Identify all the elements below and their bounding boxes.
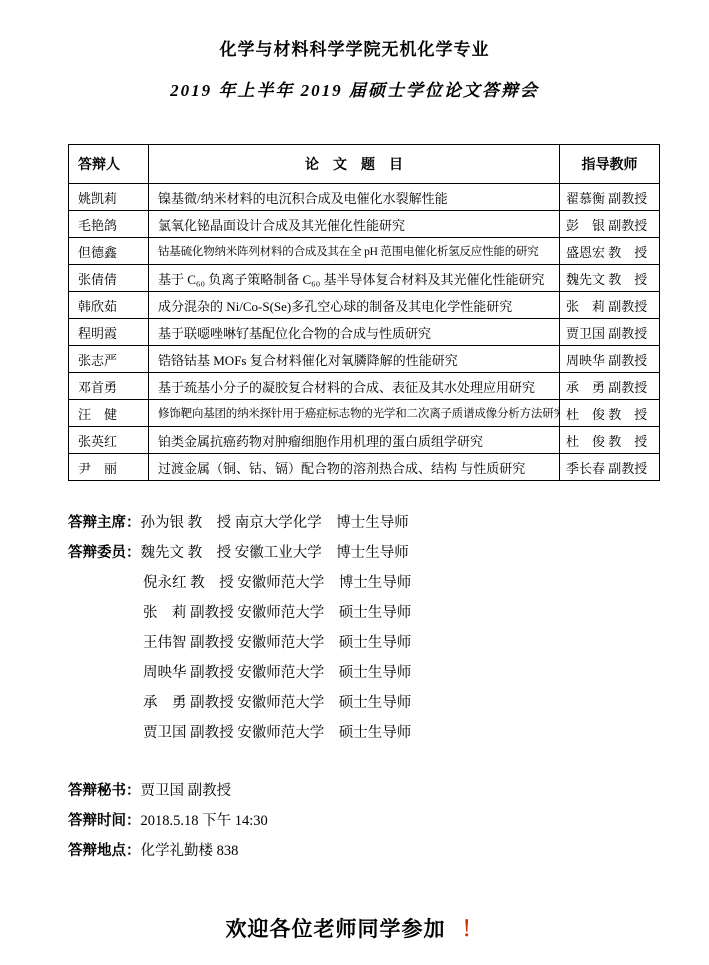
col-header-thesis-title: 论 文 题 目 (149, 145, 560, 184)
defender-name: 张英红 (69, 427, 149, 454)
committee-line: 倪永红 教 授 安徽师范大学 博士生导师 (68, 568, 709, 598)
defense-time-label: 答辩时间： (68, 813, 141, 829)
committee-label: 答辩委员： (68, 545, 141, 561)
table-header-row: 答辩人 论 文 题 目 指导教师 (69, 145, 660, 184)
advisor-name: 张 莉 副教授 (560, 292, 660, 319)
table-row: 邓首勇 基于巯基小分子的凝胶复合材料的合成、表征及其水处理应用研究 承 勇 副教… (69, 373, 660, 400)
defender-name: 张志严 (69, 346, 149, 373)
table-row: 程明霞 基于联噁唑啉钌基配位化合物的合成与性质研究 贾卫国 副教授 (69, 319, 660, 346)
table-row: 尹 丽 过渡金属（铜、钴、镉）配合物的溶剂热合成、结构 与性质研究 季长春 副教… (69, 454, 660, 481)
thesis-title: 过渡金属（铜、钴、镉）配合物的溶剂热合成、结构 与性质研究 (149, 454, 560, 481)
thesis-title: 基于联噁唑啉钌基配位化合物的合成与性质研究 (149, 319, 560, 346)
defense-chair-label: 答辩主席： (68, 515, 141, 531)
defense-location-line: 答辩地点：化学礼勤楼 838 (68, 836, 709, 866)
committee-line: 王伟智 副教授 安徽师范大学 硕士生导师 (68, 628, 709, 658)
committee-line: 周映华 副教授 安徽师范大学 硕士生导师 (68, 658, 709, 688)
defender-name: 但德鑫 (69, 238, 149, 265)
defender-name: 韩欣茹 (69, 292, 149, 319)
thesis-title: 成分混杂的 Ni/Co-S(Se)多孔空心球的制备及其电化学性能研究 (149, 292, 560, 319)
advisor-name: 季长春 副教授 (560, 454, 660, 481)
defender-name: 张倩倩 (69, 265, 149, 292)
committee-line: 承 勇 副教授 安徽师范大学 硕士生导师 (68, 688, 709, 718)
thesis-title: 基于巯基小分子的凝胶复合材料的合成、表征及其水处理应用研究 (149, 373, 560, 400)
logistics-section: 答辩秘书：贾卫国 副教授 答辩时间：2018.5.18 下午 14:30 答辩地… (68, 776, 709, 866)
committee-member: 张 莉 副教授 安徽师范大学 硕士生导师 (143, 605, 411, 621)
defense-chair-line: 答辩主席：孙为银 教 授 南京大学化学 博士生导师 (68, 508, 709, 538)
defense-location-value: 化学礼勤楼 838 (141, 843, 239, 859)
advisor-name: 彭 银 副教授 (560, 211, 660, 238)
table-row: 张倩倩 基于 C₆₀ 负离子策略制备 C₆₀ 基半导体复合材料及其光催化性能研究… (69, 265, 660, 292)
defense-time-value: 2018.5.18 下午 14:30 (141, 813, 268, 829)
defender-name: 姚凯莉 (69, 184, 149, 211)
table-row: 张英红 铂类金属抗癌药物对肿瘤细胞作用机理的蛋白质组学研究 杜 俊 教 授 (69, 427, 660, 454)
advisor-name: 杜 俊 教 授 (560, 400, 660, 427)
committee-member: 王伟智 副教授 安徽师范大学 硕士生导师 (143, 635, 411, 651)
committee-line: 张 莉 副教授 安徽师范大学 硕士生导师 (68, 598, 709, 628)
advisor-name: 周映华 副教授 (560, 346, 660, 373)
advisor-name: 承 勇 副教授 (560, 373, 660, 400)
thesis-title: 镍基微/纳米材料的电沉积合成及电催化水裂解性能 (149, 184, 560, 211)
defender-name: 汪 健 (69, 400, 149, 427)
table-row: 汪 健 修饰靶向基团的纳米探针用于癌症标志物的光学和二次离子质谱成像分析方法研究… (69, 400, 660, 427)
thesis-title: 铂类金属抗癌药物对肿瘤细胞作用机理的蛋白质组学研究 (149, 427, 560, 454)
defense-secretary-label: 答辩秘书： (68, 783, 141, 799)
table-header: 答辩人 论 文 题 目 指导教师 (69, 145, 660, 184)
advisor-name: 盛恩宏 教 授 (560, 238, 660, 265)
defense-location-label: 答辩地点： (68, 843, 141, 859)
defense-schedule-table: 答辩人 论 文 题 目 指导教师 姚凯莉 镍基微/纳米材料的电沉积合成及电催化水… (68, 144, 660, 481)
table-row: 但德鑫 钴基硫化物纳米阵列材料的合成及其在全 pH 范围电催化析氢反应性能的研究… (69, 238, 660, 265)
thesis-title: 钴基硫化物纳米阵列材料的合成及其在全 pH 范围电催化析氢反应性能的研究 (149, 238, 560, 265)
committee-member: 承 勇 副教授 安徽师范大学 硕士生导师 (143, 695, 411, 711)
table-row: 张志严 锆铬钴基 MOFs 复合材料催化对氧膦降解的性能研究 周映华 副教授 (69, 346, 660, 373)
table-body: 姚凯莉 镍基微/纳米材料的电沉积合成及电催化水裂解性能 翟慕衡 副教授 毛艳鸽 … (69, 184, 660, 481)
committee-member: 魏先文 教 授 安徽工业大学 博士生导师 (141, 545, 409, 561)
committee-member: 周映华 副教授 安徽师范大学 硕士生导师 (143, 665, 411, 681)
thesis-title: 锆铬钴基 MOFs 复合材料催化对氧膦降解的性能研究 (149, 346, 560, 373)
advisor-name: 贾卫国 副教授 (560, 319, 660, 346)
welcome-exclamation: ！ (462, 918, 484, 941)
document-page: 化学与材料科学学院无机化学专业 2019 年上半年 2019 届硕士学位论文答辩… (0, 0, 709, 965)
defender-name: 程明霞 (69, 319, 149, 346)
welcome-text: 欢迎各位老师同学参加 (226, 918, 446, 941)
committee-section: 答辩主席：孙为银 教 授 南京大学化学 博士生导师 答辩委员：魏先文 教 授 安… (68, 508, 709, 748)
table-row: 毛艳鸽 氯氧化铋晶面设计合成及其光催化性能研究 彭 银 副教授 (69, 211, 660, 238)
col-header-advisor: 指导教师 (560, 145, 660, 184)
committee-member: 贾卫国 副教授 安徽师范大学 硕士生导师 (143, 725, 411, 741)
thesis-title: 修饰靶向基团的纳米探针用于癌症标志物的光学和二次离子质谱成像分析方法研究 (149, 400, 560, 427)
page-title: 化学与材料科学学院无机化学专业 (0, 0, 709, 60)
committee-line: 答辩委员：魏先文 教 授 安徽工业大学 博士生导师 (68, 538, 709, 568)
col-header-defender: 答辩人 (69, 145, 149, 184)
table-row: 韩欣茹 成分混杂的 Ni/Co-S(Se)多孔空心球的制备及其电化学性能研究 张… (69, 292, 660, 319)
defense-secretary-line: 答辩秘书：贾卫国 副教授 (68, 776, 709, 806)
committee-member: 倪永红 教 授 安徽师范大学 博士生导师 (143, 575, 411, 591)
defender-name: 尹 丽 (69, 454, 149, 481)
advisor-name: 魏先文 教 授 (560, 265, 660, 292)
defender-name: 邓首勇 (69, 373, 149, 400)
welcome-message: 欢迎各位老师同学参加！ (0, 913, 709, 943)
defense-secretary-value: 贾卫国 副教授 (141, 783, 232, 799)
advisor-name: 翟慕衡 副教授 (560, 184, 660, 211)
defender-name: 毛艳鸽 (69, 211, 149, 238)
thesis-title: 氯氧化铋晶面设计合成及其光催化性能研究 (149, 211, 560, 238)
page-subtitle: 2019 年上半年 2019 届硕士学位论文答辩会 (0, 76, 709, 101)
defense-chair-value: 孙为银 教 授 南京大学化学 博士生导师 (141, 515, 409, 531)
thesis-title: 基于 C₆₀ 负离子策略制备 C₆₀ 基半导体复合材料及其光催化性能研究 (149, 265, 560, 292)
table-row: 姚凯莉 镍基微/纳米材料的电沉积合成及电催化水裂解性能 翟慕衡 副教授 (69, 184, 660, 211)
committee-line: 贾卫国 副教授 安徽师范大学 硕士生导师 (68, 718, 709, 748)
advisor-name: 杜 俊 教 授 (560, 427, 660, 454)
defense-time-line: 答辩时间：2018.5.18 下午 14:30 (68, 806, 709, 836)
